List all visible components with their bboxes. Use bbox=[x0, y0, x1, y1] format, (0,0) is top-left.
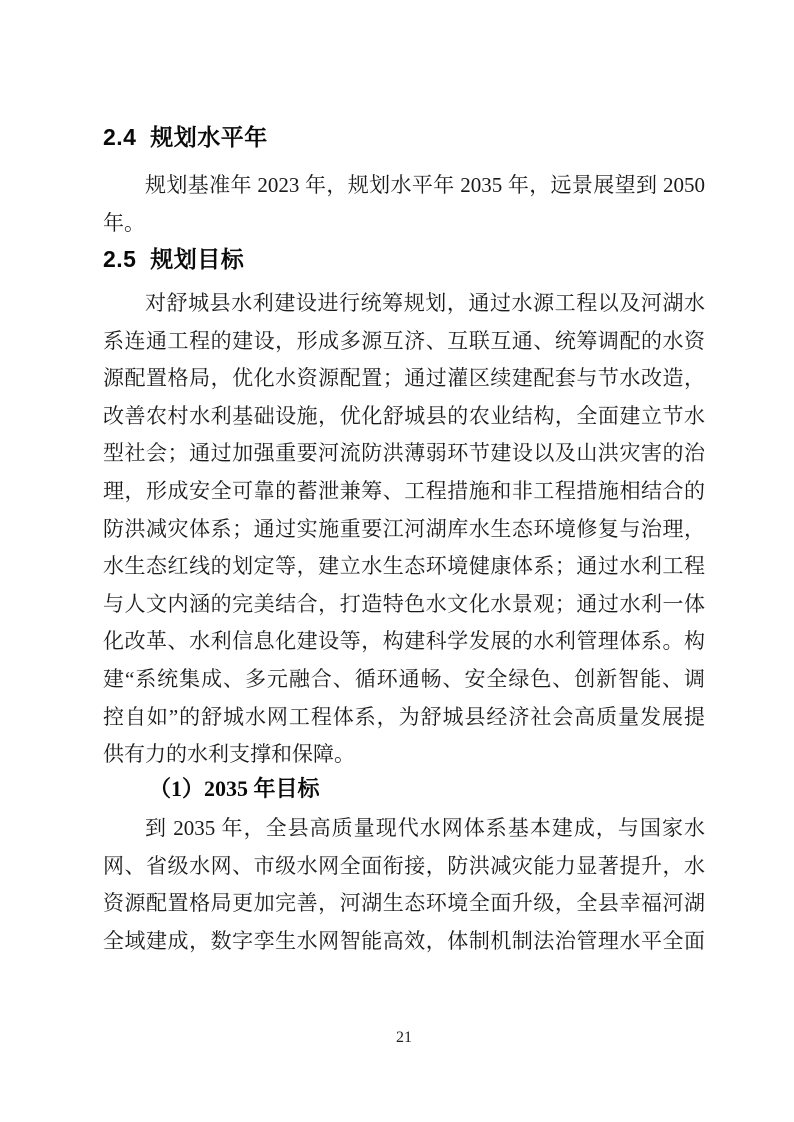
text-line: 控自如”的舒城水网工程体系，为舒城县经济社会高质量发展提 bbox=[103, 699, 705, 737]
text-line: 水生态红线的划定等，建立水生态环境健康体系；通过水利工程 bbox=[103, 548, 705, 586]
text-line: 防洪减灾体系；通过实施重要江河湖库水生态环境修复与治理， bbox=[103, 511, 705, 549]
text-line: 年。 bbox=[103, 205, 705, 243]
text-line: 改善农村水利基础设施，优化舒城县的农业结构，全面建立节水 bbox=[103, 398, 705, 436]
document-page: 2.4 规划水平年 规划基准年 2023 年，规划水平年 2035 年，远景展望… bbox=[0, 0, 794, 1122]
text-line: 资源配置格局更加完善，河湖生态环境全面升级，全县幸福河湖 bbox=[103, 885, 705, 923]
paragraph-2035-target: 到 2035 年，全县高质量现代水网体系基本建成，与国家水网、省级水网、市级水网… bbox=[103, 810, 705, 960]
text-line: 规划基准年 2023 年，规划水平年 2035 年，远景展望到 2050 bbox=[103, 167, 705, 205]
text-line: 网、省级水网、市级水网全面衔接，防洪减灾能力显著提升，水 bbox=[103, 848, 705, 886]
text-line: 型社会；通过加强重要河流防洪薄弱环节建设以及山洪灾害的治 bbox=[103, 435, 705, 473]
text-line: 供有力的水利支撑和保障。 bbox=[103, 736, 705, 774]
text-line: 理，形成安全可靠的蓄泄兼筹、工程措施和非工程措施相结合的 bbox=[103, 473, 705, 511]
text-line: 系连通工程的建设，形成多源互济、互联互通、统筹调配的水资 bbox=[103, 323, 705, 361]
section-heading-2-4: 2.4 规划水平年 bbox=[103, 121, 705, 153]
text-line: 建“系统集成、多元融合、循环通畅、安全绿色、创新智能、调 bbox=[103, 661, 705, 699]
text-line: 对舒城县水利建设进行统筹规划，通过水源工程以及河湖水 bbox=[103, 285, 705, 323]
text-line: 全域建成，数字孪生水网智能高效，体制机制法治管理水平全面 bbox=[103, 923, 705, 961]
text-line: 化改革、水利信息化建设等，构建科学发展的水利管理体系。构 bbox=[103, 623, 705, 661]
text-line: 到 2035 年，全县高质量现代水网体系基本建成，与国家水 bbox=[103, 810, 705, 848]
text-line: 与人文内涵的完美结合，打造特色水文化水景观；通过水利一体 bbox=[103, 586, 705, 624]
paragraph-planning-horizon: 规划基准年 2023 年，规划水平年 2035 年，远景展望到 2050年。 bbox=[103, 167, 705, 242]
text-line: 源配置格局，优化水资源配置；通过灌区续建配套与节水改造， bbox=[103, 360, 705, 398]
subheading-2035-target: （1）2035 年目标 bbox=[103, 770, 751, 808]
page-number: 21 bbox=[103, 1028, 705, 1048]
section-heading-2-5: 2.5 规划目标 bbox=[103, 243, 705, 275]
paragraph-planning-goals: 对舒城县水利建设进行统筹规划，通过水源工程以及河湖水系连通工程的建设，形成多源互… bbox=[103, 285, 705, 774]
